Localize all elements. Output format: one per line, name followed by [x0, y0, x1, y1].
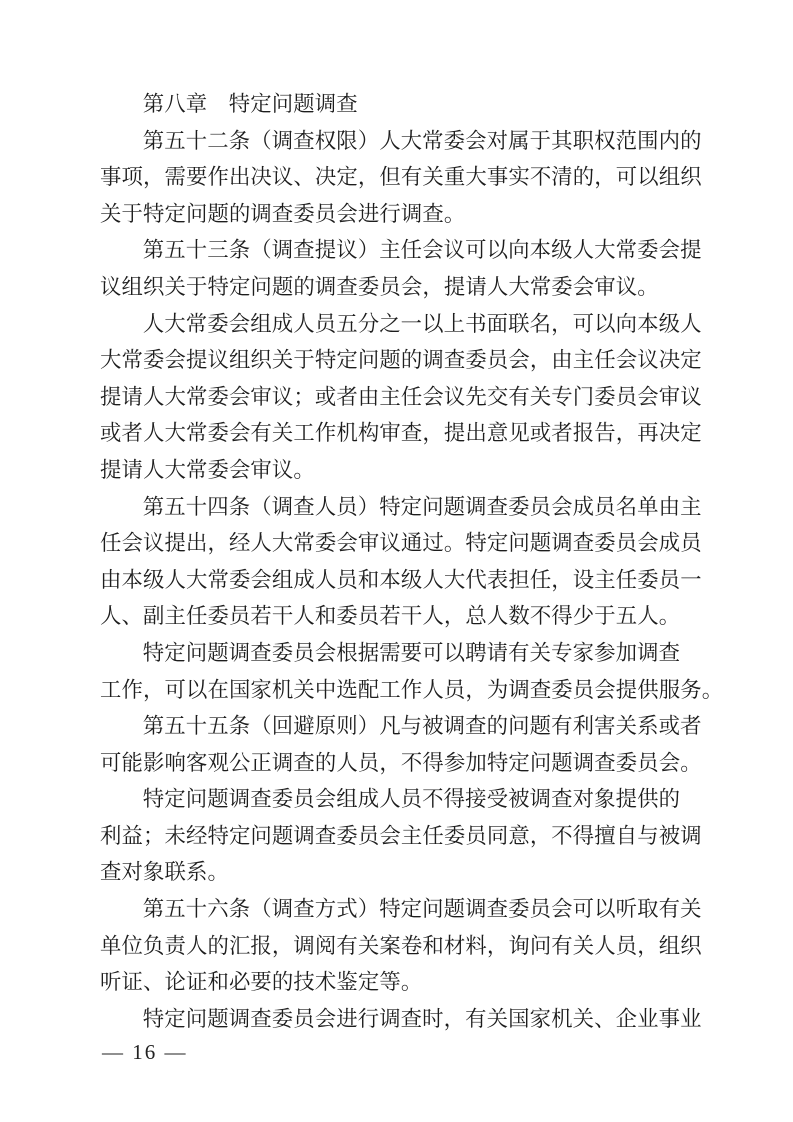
text-line: 单位负责人的汇报，调阅有关案卷和材料，询问有关人员，组织 — [100, 928, 704, 965]
text-line: 或者人大常委会有关工作机构审查，提出意见或者报告，再决定 — [100, 415, 704, 452]
text-line: 关于特定问题的调查委员会进行调查。 — [100, 196, 704, 233]
article-55-line: 第五十五条（回避原则）凡与被调查的问题有利害关系或者 — [100, 708, 704, 745]
article-52-line: 第五十二条（调查权限）人大常委会对属于其职权范围内的 — [100, 123, 704, 160]
text-line: 任会议提出，经人大常委会审议通过。特定问题调查委员会成员 — [100, 525, 704, 562]
chapter-heading: 第八章 特定问题调查 — [100, 86, 704, 123]
text-line: 人、副主任委员若干人和委员若干人，总人数不得少于五人。 — [100, 598, 704, 635]
text-line: 可能影响客观公正调查的人员，不得参加特定问题调查委员会。 — [100, 745, 704, 782]
text-line: 特定问题调查委员会根据需要可以聘请有关专家参加调查 — [100, 635, 704, 672]
page-number: — 16 — — [102, 1038, 188, 1066]
text-line: 查对象联系。 — [100, 854, 704, 891]
text-line: 工作，可以在国家机关中选配工作人员，为调查委员会提供服务。 — [100, 672, 704, 709]
text-line: 大常委会提议组织关于特定问题的调查委员会，由主任会议决定 — [100, 342, 704, 379]
text-line: 利益；未经特定问题调查委员会主任委员同意，不得擅自与被调 — [100, 818, 704, 855]
article-53-line: 第五十三条（调查提议）主任会议可以向本级人大常委会提 — [100, 232, 704, 269]
article-56-line: 第五十六条（调查方式）特定问题调查委员会可以听取有关 — [100, 891, 704, 928]
text-line: 提请人大常委会审议。 — [100, 452, 704, 489]
text-line: 特定问题调查委员会组成人员不得接受被调查对象提供的 — [100, 781, 704, 818]
document-body: 第八章 特定问题调查 第五十二条（调查权限）人大常委会对属于其职权范围内的 事项… — [100, 86, 704, 1037]
text-line: 议组织关于特定问题的调查委员会，提请人大常委会审议。 — [100, 269, 704, 306]
document-page: 第八章 特定问题调查 第五十二条（调查权限）人大常委会对属于其职权范围内的 事项… — [0, 0, 793, 1122]
text-line: 人大常委会组成人员五分之一以上书面联名，可以向本级人 — [100, 306, 704, 343]
text-line: 事项，需要作出决议、决定，但有关重大事实不清的，可以组织 — [100, 159, 704, 196]
text-line: 提请人大常委会审议；或者由主任会议先交有关专门委员会审议 — [100, 379, 704, 416]
text-line: 听证、论证和必要的技术鉴定等。 — [100, 964, 704, 1001]
text-line: 特定问题调查委员会进行调查时，有关国家机关、企业事业 — [100, 1001, 704, 1038]
article-54-line: 第五十四条（调查人员）特定问题调查委员会成员名单由主 — [100, 489, 704, 526]
text-line: 由本级人大常委会组成人员和本级人大代表担任，设主任委员一 — [100, 562, 704, 599]
